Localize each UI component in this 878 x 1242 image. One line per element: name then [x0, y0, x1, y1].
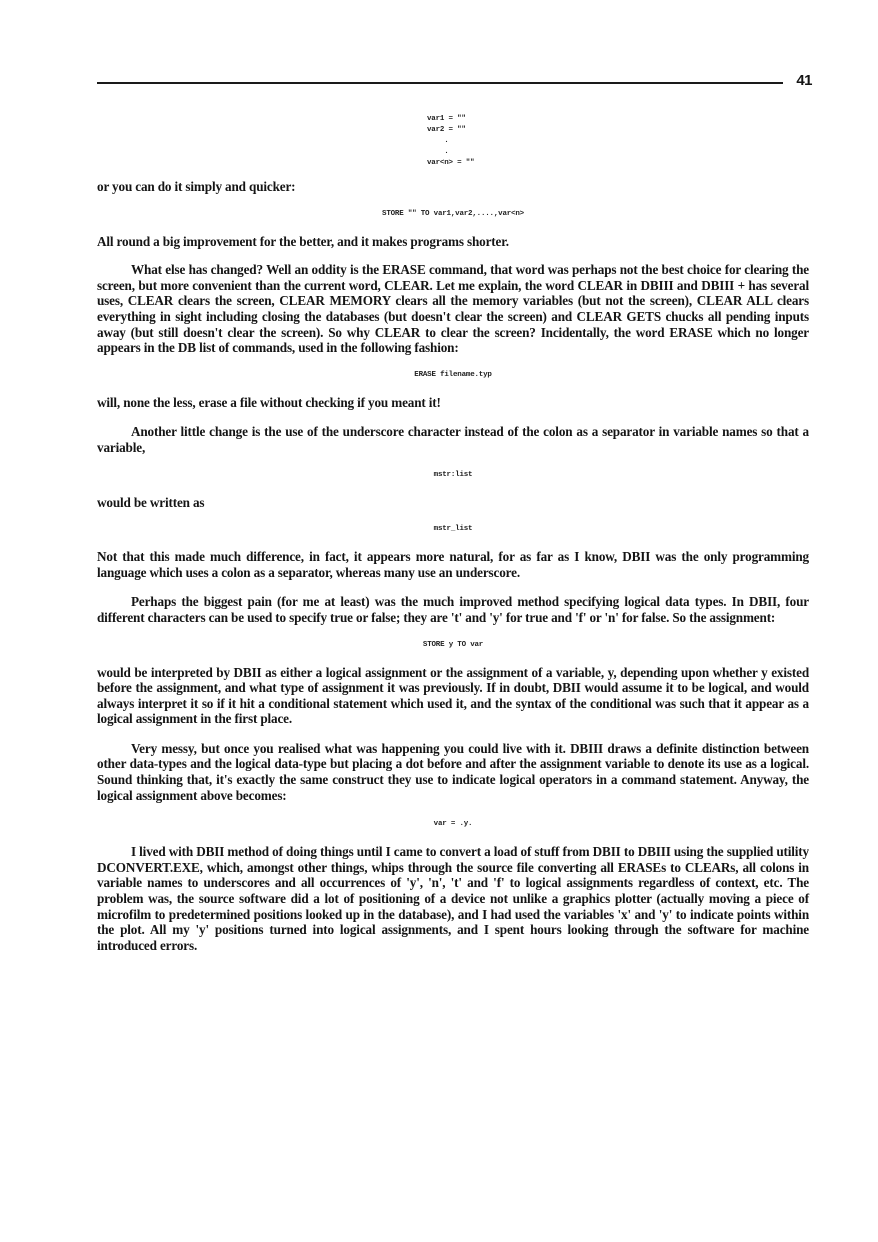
- paragraph: would be written as: [97, 495, 809, 511]
- code-erase: ERASE filename.typ: [97, 370, 809, 381]
- paragraph: Another little change is the use of the …: [97, 424, 809, 455]
- paragraph: Very messy, but once you realised what w…: [97, 741, 809, 803]
- header-rule: [97, 82, 783, 84]
- code-store-y: STORE y TO var: [97, 640, 809, 651]
- page-header: 41: [97, 72, 812, 94]
- code-line: var2 = "": [427, 125, 809, 136]
- paragraph: I lived with DBII method of doing things…: [97, 844, 809, 953]
- code-store-all: STORE "" TO var1,var2,....,var<n>: [97, 209, 809, 220]
- code-line: .: [427, 136, 809, 147]
- paragraph: Perhaps the biggest pain (for me at leas…: [97, 594, 809, 625]
- paragraph: would be interpreted by DBII as either a…: [97, 665, 809, 727]
- paragraph: Not that this made much difference, in f…: [97, 549, 809, 580]
- code-var-list: var1 = "" var2 = "" . . var<n> = "": [427, 114, 809, 169]
- code-logical-assign: var = .y.: [97, 819, 809, 830]
- paragraph: or you can do it simply and quicker:: [97, 179, 809, 195]
- paragraph: What else has changed? Well an oddity is…: [97, 262, 809, 356]
- page-body: var1 = "" var2 = "" . . var<n> = "" or y…: [97, 114, 809, 953]
- code-line: .: [427, 147, 809, 158]
- code-line: var1 = "": [427, 114, 809, 125]
- code-colon-var: mstr:list: [97, 470, 809, 481]
- paragraph: All round a big improvement for the bett…: [97, 234, 809, 250]
- paragraph: will, none the less, erase a file withou…: [97, 395, 809, 411]
- code-underscore-var: mstr_list: [97, 524, 809, 535]
- page-number: 41: [796, 72, 812, 89]
- code-line: var<n> = "": [427, 158, 809, 169]
